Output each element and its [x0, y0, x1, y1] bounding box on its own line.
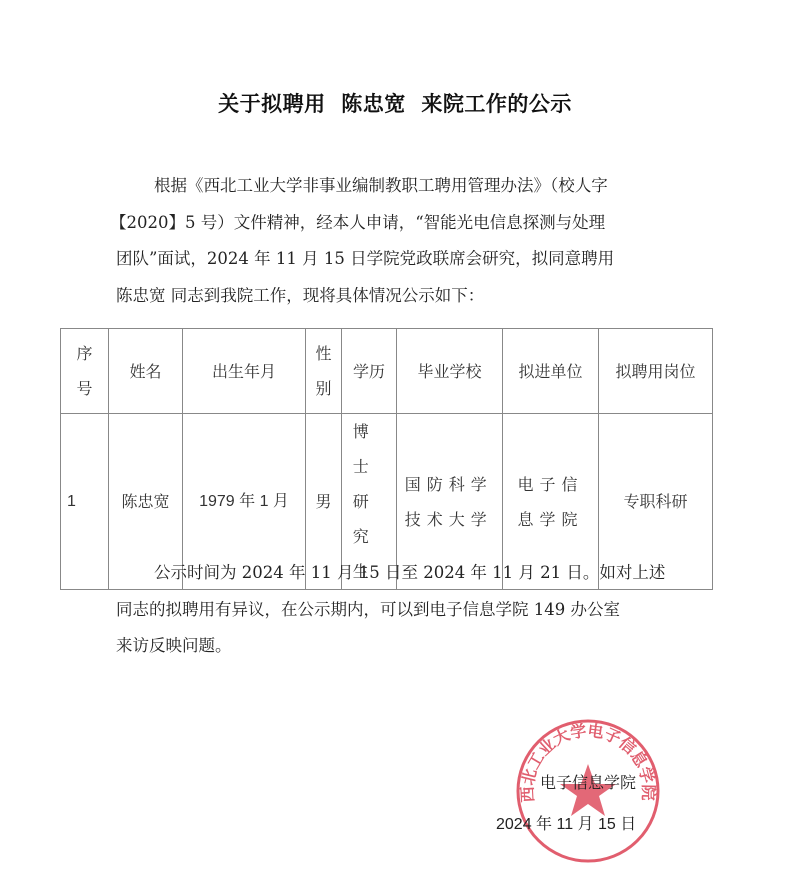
closing-line-2: 同志的拟聘用有异议，在公示期内，可以到电子信息学院 149 办公室	[116, 592, 676, 629]
signature-org: 电子信息学院	[540, 770, 636, 793]
intro-line-2: 【2020】5 号）文件精神，经本人申请，“智能光电信息探测与处理	[110, 205, 676, 242]
header-position: 拟聘用岗位	[599, 329, 713, 414]
header-seq: 序号	[61, 329, 109, 414]
page-title: 关于拟聘用 陈忠宽 来院工作的公示	[0, 88, 790, 118]
header-name: 姓名	[109, 329, 183, 414]
candidate-table: 序号 姓名 出生年月 性别 学历 毕业学校 拟进单位 拟聘用岗位 1 陈忠宽 1…	[60, 328, 713, 590]
intro-line-1: 根据《西北工业大学非事业编制教职工聘用管理办法》（校人字	[116, 168, 676, 205]
header-school: 毕业学校	[397, 329, 503, 414]
header-education: 学历	[342, 329, 397, 414]
cell-seq: 1	[61, 414, 109, 590]
intro-line-4: 陈忠宽 同志到我院工作，现将具体情况公示如下：	[116, 278, 676, 315]
intro-line-3: 团队”面试，2024 年 11 月 15 日学院党政联席会研究，拟同意聘用	[116, 241, 676, 278]
closing-line-1: 公示时间为 2024 年 11 月 15 日至 2024 年 11 月 21 日…	[116, 555, 676, 592]
header-unit: 拟进单位	[503, 329, 599, 414]
closing-line-3: 来访反映问题。	[116, 628, 676, 665]
header-birth: 出生年月	[183, 329, 306, 414]
closing-paragraph: 公示时间为 2024 年 11 月 15 日至 2024 年 11 月 21 日…	[116, 555, 676, 665]
intro-paragraph: 根据《西北工业大学非事业编制教职工聘用管理办法》（校人字 【2020】5 号）文…	[116, 168, 676, 314]
signature-date: 2024 年 11 月 15 日	[496, 811, 636, 834]
table-header-row: 序号 姓名 出生年月 性别 学历 毕业学校 拟进单位 拟聘用岗位	[61, 329, 713, 414]
header-gender: 性别	[306, 329, 342, 414]
